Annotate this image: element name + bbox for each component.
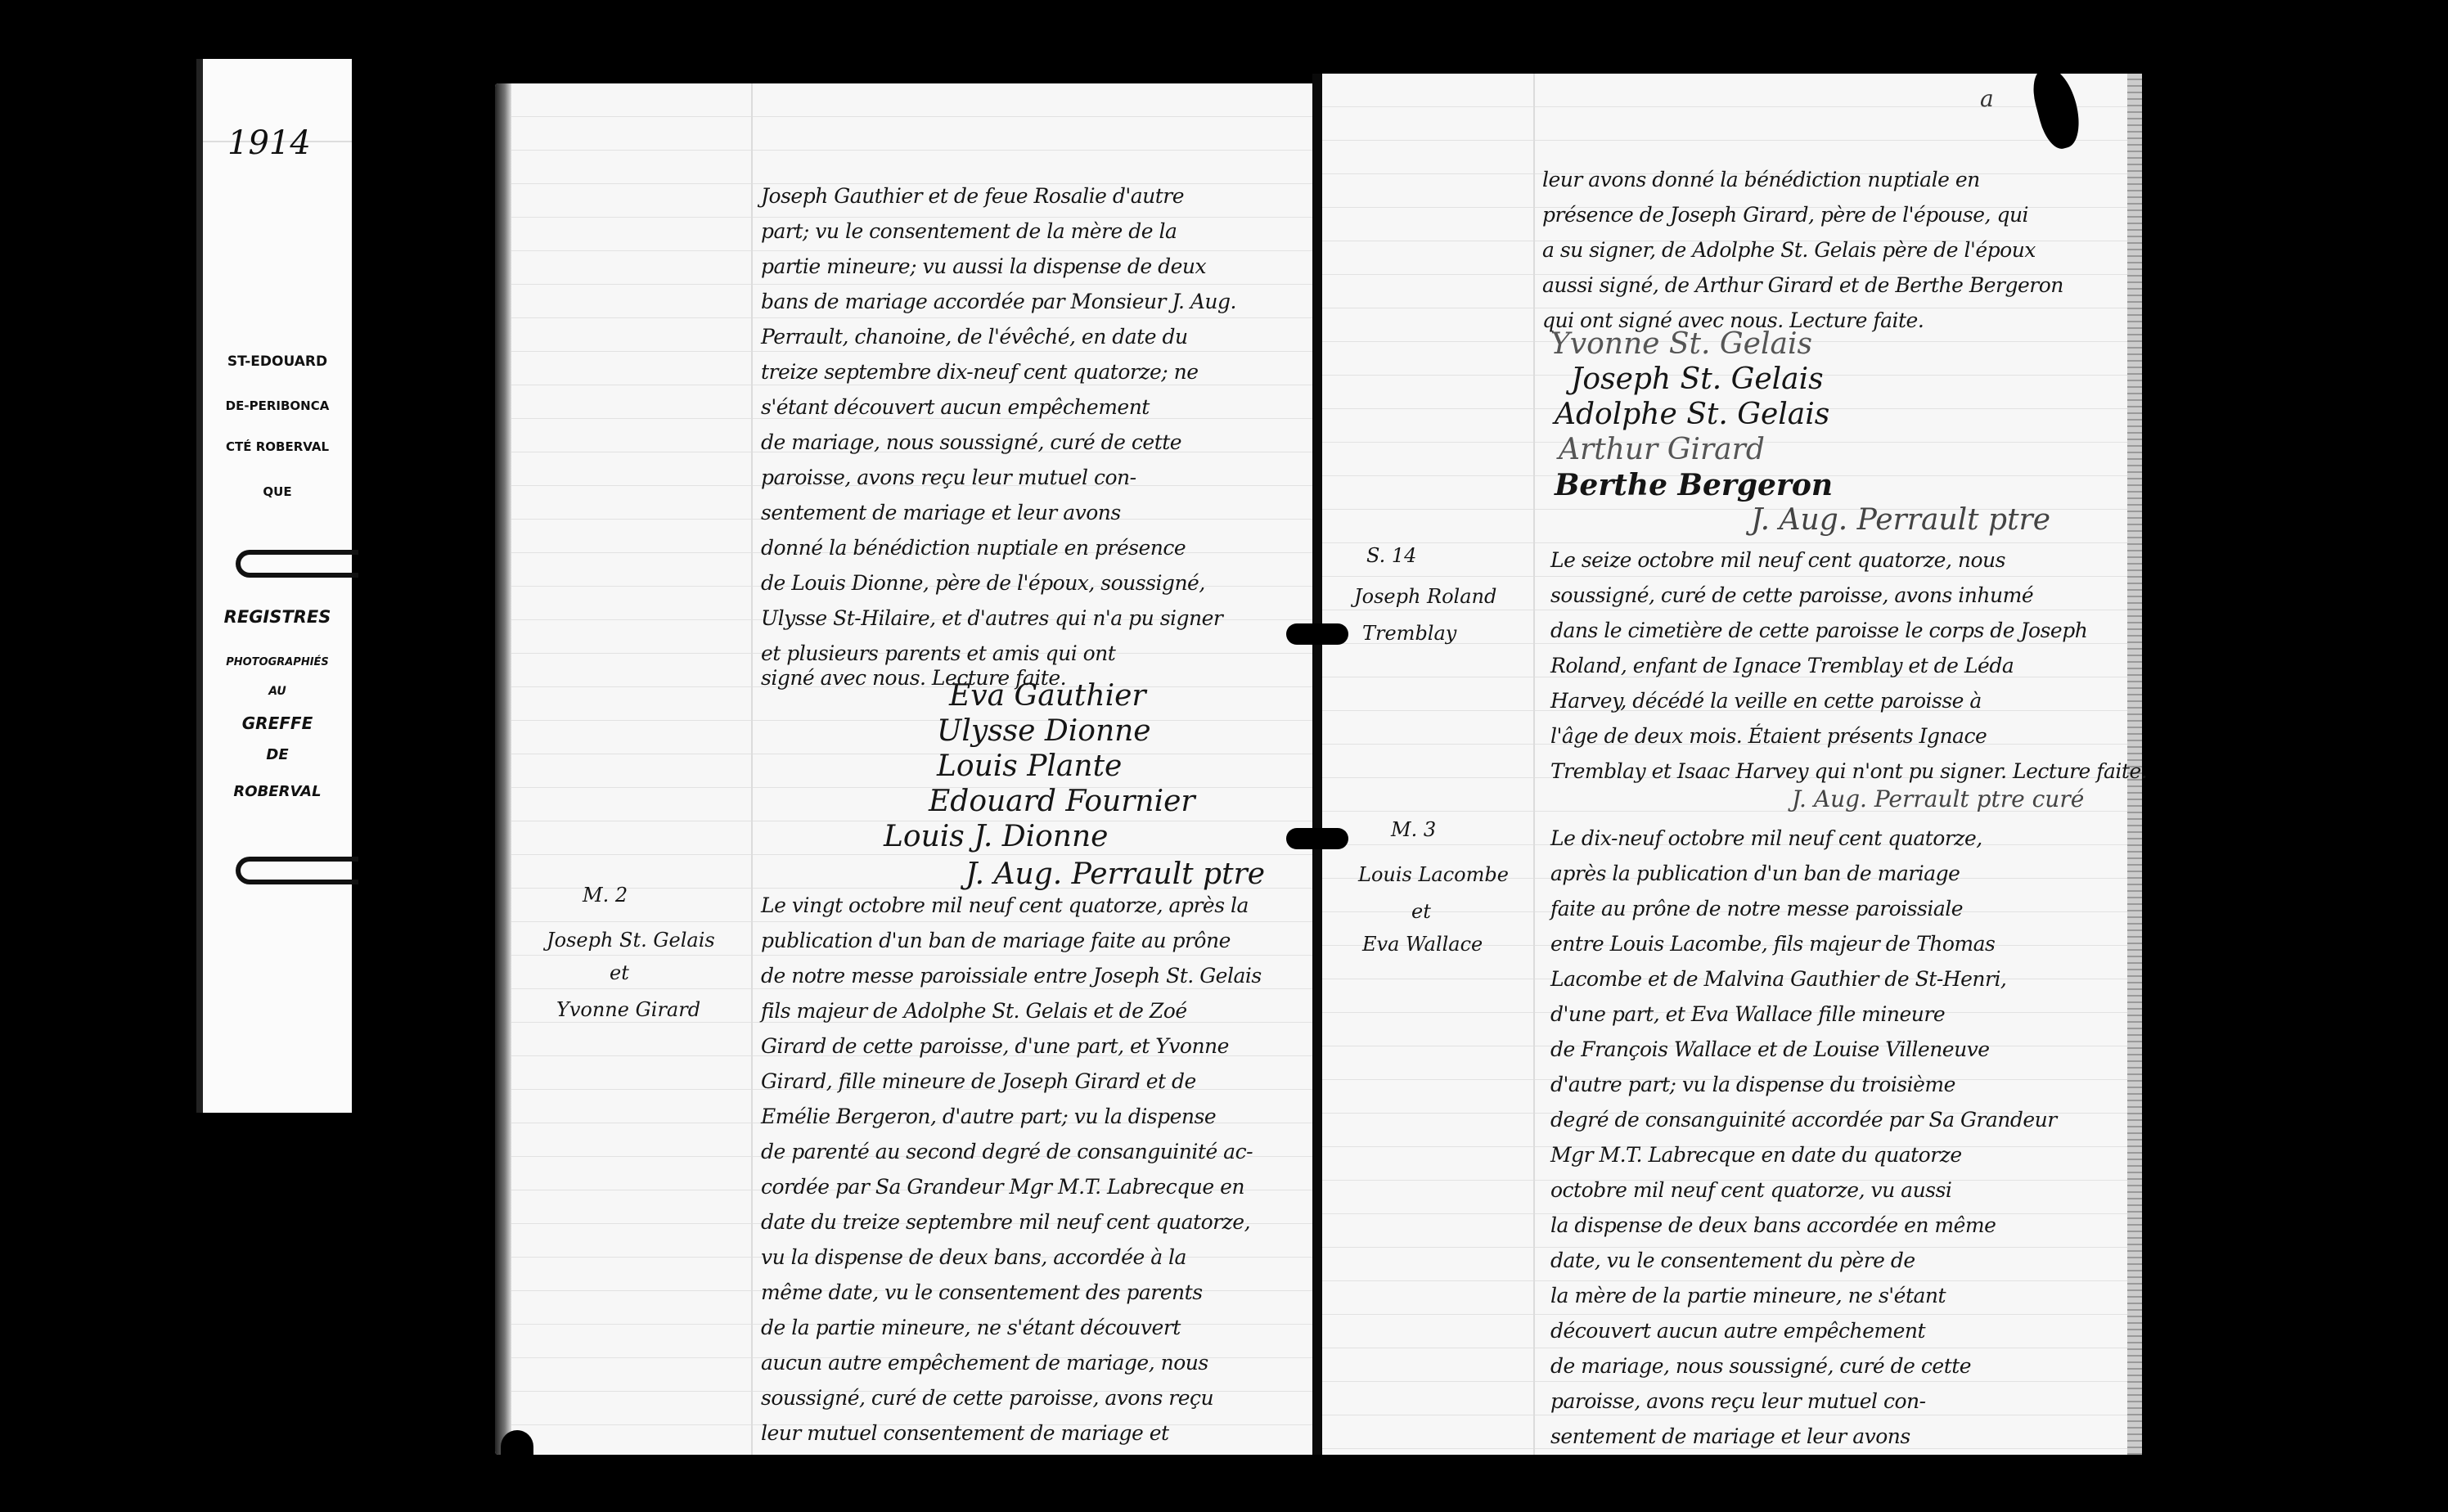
text-line: dans le cimetière de cette paroisse le c… [1550,619,2087,642]
text-line: aussi signé, de Arthur Girard et de Bert… [1542,273,2063,297]
priest-signature: J. Aug. Perrault ptre [1751,503,2050,537]
strip-location-4: QUE [203,484,352,499]
entry-number: S. 14 [1366,544,1416,567]
priest-signature: J. Aug. Perrault ptre curé [1792,785,2084,812]
text-line: date du treize septembre mil neuf cent q… [761,1210,1250,1234]
text-line: leur mutuel consentement de mariage et [761,1421,1169,1445]
text-line: de notre messe paroissiale entre Joseph … [761,964,1262,988]
text-line: et plusieurs parents et amis qui ont [761,641,1115,665]
text-line: de mariage, nous soussigné, curé de cett… [761,430,1181,454]
text-line: paroisse, avons reçu leur mutuel con- [1550,1389,1926,1413]
text-line: Lacombe et de Malvina Gauthier de St-Hen… [1550,967,2006,991]
year-band: 1914 [203,59,352,142]
text-line: sentement de mariage et leur avons [1550,1424,1910,1448]
entry-name: Tremblay [1362,622,1456,645]
signature: Louis Plante [937,749,1122,783]
text-line: après la publication d'un ban de mariage [1550,862,1960,885]
text-line: degré de consanguinité accordée par Sa G… [1550,1108,2057,1132]
text-line: soussigné, curé de cette paroisse, avons… [1550,583,2033,607]
signature: Edouard Fournier [929,785,1195,818]
text-line: bans de mariage accordée par Monsieur J.… [761,290,1236,313]
text-line: cordée par Sa Grandeur Mgr M.T. Labrecqu… [761,1175,1244,1199]
text-line: Le seize octobre mil neuf cent quatorze,… [1550,548,2005,572]
strip-location-2: DE-PERIBONCA [203,398,352,413]
strip-location-1: ST-EDOUARD [203,353,352,370]
text-line: treize septembre dix-neuf cent quatorze;… [761,360,1199,384]
entry-name: Eva Wallace [1362,933,1483,956]
signature: Arthur Girard [1559,433,1765,466]
catalogue-strip: 1914 ST-EDOUARD DE-PERIBONCA CTÉ ROBERVA… [196,59,352,1113]
strip-year: 1914 [227,124,311,162]
text-line: s'étant découvert aucun empêchement [761,395,1150,419]
text-line: Ulysse St-Hilaire, et d'autres qui n'a p… [761,606,1222,630]
margin-rule [1533,74,1535,1455]
text-line: Le vingt octobre mil neuf cent quatorze,… [761,893,1249,917]
signature: Berthe Bergeron [1555,468,1833,502]
signature: Eva Gauthier [949,679,1146,713]
margin-rule [751,83,753,1455]
text-line: publication d'un ban de mariage faite au… [761,929,1231,952]
text-line: partie mineure; vu aussi la dispense de … [761,254,1206,278]
text-line: découvert aucun autre empêchement [1550,1319,1925,1343]
entry-name: et [610,961,629,984]
strip-archive-2: PHOTOGRAPHIÉS [203,656,352,668]
text-line: vu la dispense de deux bans, accordée à … [761,1245,1186,1269]
text-line: de la partie mineure, ne s'étant découve… [761,1316,1181,1339]
signature: Louis J. Dionne [884,820,1108,853]
text-line: de parenté au second degré de consanguin… [761,1140,1253,1163]
text-line: Tremblay et Isaac Harvey qui n'ont pu si… [1550,759,2147,783]
entry-number: M. 2 [583,884,628,907]
entry-number: M. 3 [1391,818,1436,841]
priest-signature: J. Aug. Perrault ptre [965,857,1265,891]
text-line: soussigné, curé de cette paroisse, avons… [761,1386,1213,1410]
text-line: même date, vu le consentement des parent… [761,1280,1203,1304]
text-line: présence de Joseph Girard, père de l'épo… [1542,203,2028,227]
text-line: sentement de mariage et leur avons [761,501,1121,524]
entry-name: et [1411,900,1431,923]
text-line: Le dix-neuf octobre mil neuf cent quator… [1550,826,1982,850]
text-line: fils majeur de Adolphe St. Gelais et de … [761,999,1187,1023]
strip-location-3: CTÉ ROBERVAL [203,439,352,454]
text-line: Roland, enfant de Ignace Tremblay et de … [1550,654,2014,677]
paper-clip-icon [236,857,358,884]
strip-archive-6: ROBERVAL [203,783,352,800]
text-line: Mgr M.T. Labrecque en date du quatorze [1550,1143,1962,1167]
text-line: leur avons donné la bénédiction nuptiale… [1542,168,1980,191]
text-line: octobre mil neuf cent quatorze, vu aussi [1550,1178,1951,1202]
strip-archive-3: AU [203,685,352,698]
strip-archive-4: GREFFE [203,713,352,733]
text-line: de François Wallace et de Louise Villene… [1550,1037,1990,1061]
text-line: Joseph Gauthier et de feue Rosalie d'aut… [761,184,1184,208]
text-line: entre Louis Lacombe, fils majeur de Thom… [1550,932,1995,956]
page-corner-curl [501,1430,533,1463]
strip-archive-1: REGISTRES [203,607,352,627]
text-line: a su signer, de Adolphe St. Gelais père … [1542,238,2036,262]
signature: Adolphe St. Gelais [1555,398,1829,431]
entry-name: Joseph Roland [1354,585,1496,608]
binding-clip-icon [1286,828,1348,849]
text-line: l'âge de deux mois. Étaient présents Ign… [1550,724,1987,748]
text-line: Girard, fille mineure de Joseph Girard e… [761,1069,1196,1093]
signature: Yvonne St. Gelais [1550,327,1812,361]
entry-name: Yvonne Girard [556,998,700,1021]
binding-clip-icon [1286,623,1348,645]
text-line: la dispense de deux bans accordée en mêm… [1550,1213,1996,1237]
text-line: faite au prône de notre messe paroissial… [1550,897,1963,920]
corner-note: a [1980,85,1994,112]
text-line: paroisse, avons reçu leur mutuel con- [761,466,1136,489]
text-line: Harvey, décédé la veille en cette parois… [1550,689,1982,713]
signature: Joseph St. Gelais [1571,362,1824,396]
text-line: de mariage, nous soussigné, curé de cett… [1550,1354,1971,1378]
signature: Ulysse Dionne [937,714,1151,748]
text-line: Emélie Bergeron, d'autre part; vu la dis… [761,1105,1216,1128]
text-line: date, vu le consentement du père de [1550,1249,1915,1272]
text-line: aucun autre empêchement de mariage, nous [761,1351,1208,1375]
entry-name: Joseph St. Gelais [547,929,715,952]
text-line: la mère de la partie mineure, ne s'étant [1550,1284,1946,1307]
text-line: part; vu le consentement de la mère de l… [761,219,1177,243]
paper-clip-icon [236,550,358,578]
entry-name: Louis Lacombe [1358,863,1509,886]
strip-archive-5: DE [203,746,352,763]
text-line: de Louis Dionne, père de l'époux, soussi… [761,571,1205,595]
book-spine [1312,74,1322,1455]
text-line: d'une part, et Eva Wallace fille mineure [1550,1002,1945,1026]
text-line: donné la bénédiction nuptiale en présenc… [761,536,1186,560]
text-line: Girard de cette paroisse, d'une part, et… [761,1034,1229,1058]
text-line: Perrault, chanoine, de l'évêché, en date… [761,325,1188,349]
text-line: d'autre part; vu la dispense du troisièm… [1550,1073,1955,1096]
